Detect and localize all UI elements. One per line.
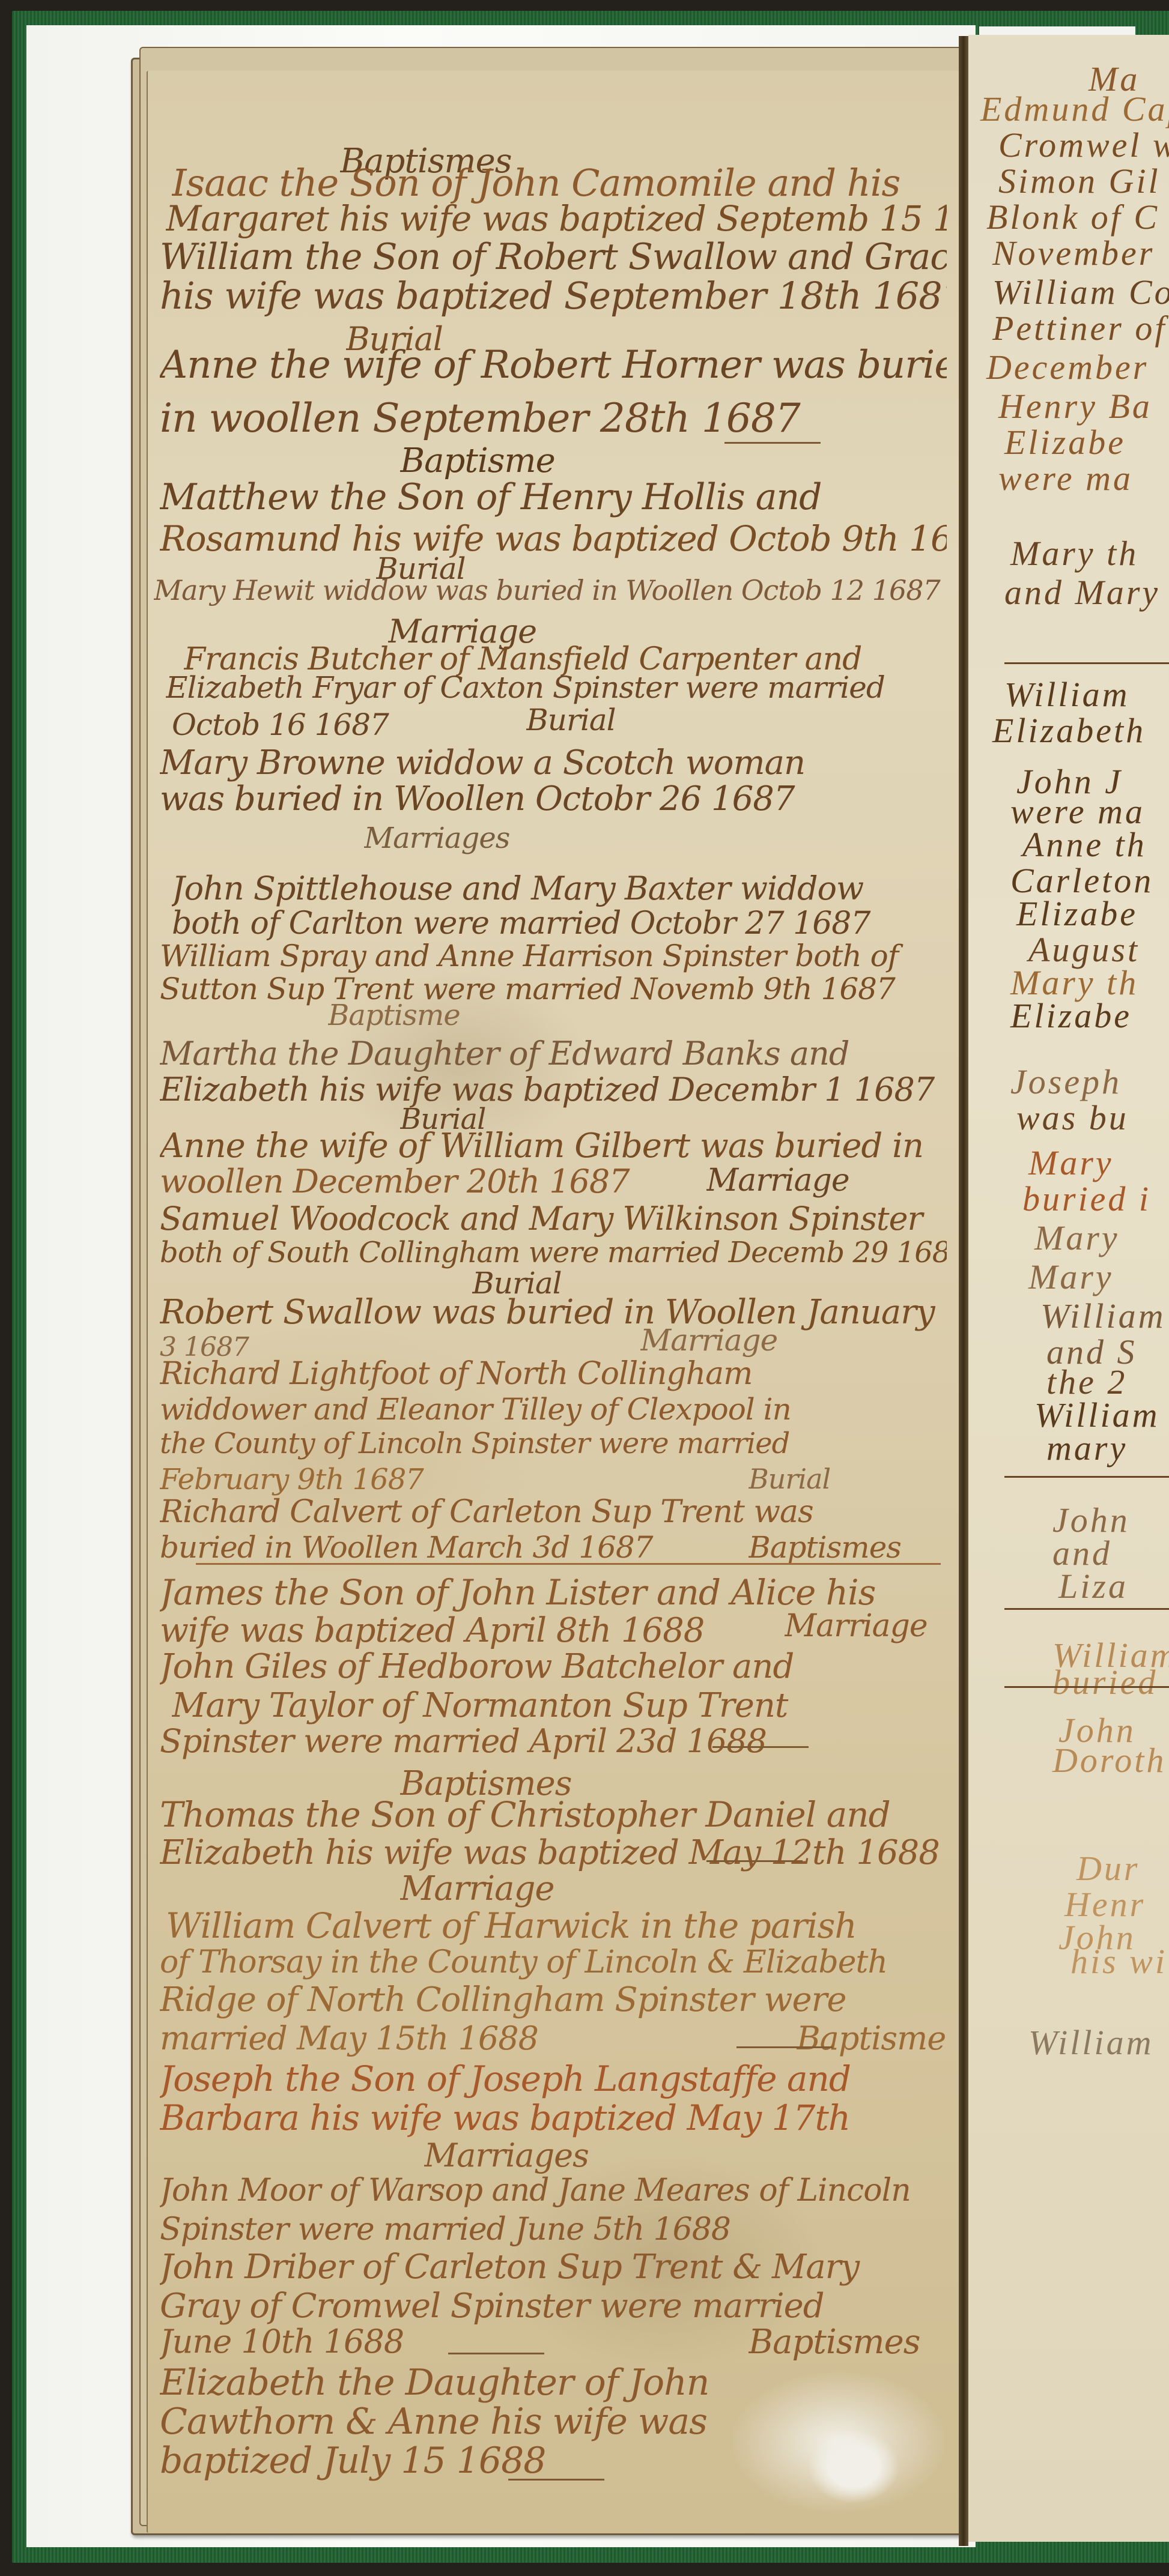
register-entry-line: Matthew the Son of Henry Hollis and — [160, 476, 947, 518]
register-entry-line: mary — [1046, 1428, 1128, 1468]
register-entry-line: Doroth — [1052, 1740, 1166, 1780]
register-entry-line: buried i — [1022, 1179, 1151, 1219]
entry-heading: Marriage — [785, 1608, 947, 1644]
register-entry-line: was bu — [1016, 1098, 1129, 1138]
register-entry-line: Joseph — [1010, 1062, 1122, 1102]
date-underline — [712, 1746, 809, 1748]
register-entry-line: Spinster were married April 23d 1688 — [160, 1722, 947, 1760]
entry-heading: Baptisme — [400, 441, 947, 480]
register-entry-line: Gray of Cromwel Spinster were married — [160, 2287, 947, 2326]
register-entry-line: widdower and Eleanor Tilley of Clexpool … — [160, 1392, 947, 1427]
register-entry-line: November — [992, 233, 1155, 273]
entry-heading: Marriages — [424, 2136, 947, 2174]
register-entry-line: Dur — [1076, 1848, 1140, 1888]
register-entry-line: Edmund Cap — [980, 89, 1169, 129]
section-separator — [1004, 1686, 1169, 1688]
entry-heading: Marriage — [706, 1163, 947, 1199]
register-entry-line: William Coo — [992, 272, 1169, 312]
register-entry-line: Elizabe — [1004, 422, 1126, 462]
register-entry-line: Blonk of C — [986, 197, 1159, 237]
register-entry-line: William — [1004, 674, 1129, 715]
register-entry-line: Martha the Daughter of Edward Banks and — [160, 1035, 947, 1072]
register-entry-line: Mary Hewit widdow was buried in Woollen … — [154, 574, 947, 606]
register-entry-line: Elizabeth Fryar of Caxton Spinster were … — [166, 670, 947, 705]
register-entry-line: John Moor of Warsop and Jane Meares of L… — [160, 2172, 947, 2209]
register-entry-line: in woollen September 28th 1687 — [160, 395, 947, 441]
register-entry-line: Henry Ba — [998, 386, 1152, 426]
date-underline — [448, 2353, 544, 2354]
section-separator — [1004, 1476, 1169, 1478]
register-entry-line: William Spray and Anne Harrison Spinster… — [160, 939, 947, 973]
register-entry-line: Margaret his wife was baptized Septemb 1… — [166, 198, 947, 239]
book-gutter — [959, 36, 968, 2546]
entry-heading: Baptisme — [797, 2019, 947, 2057]
entry-heading: Baptismes — [748, 2323, 947, 2362]
register-entry-line: Anne th — [1022, 824, 1147, 865]
section-separator — [1004, 1608, 1169, 1610]
entry-heading: Baptismes — [748, 1530, 947, 1565]
register-entry-line: buried — [1052, 1662, 1158, 1702]
section-separator — [1004, 662, 1169, 664]
register-entry-line: William the Son of Robert Swallow and Gr… — [160, 236, 947, 278]
register-entry-line: Cromwel we — [998, 125, 1169, 165]
register-entry-line: John Driber of Carleton Sup Trent & Mary — [160, 2248, 947, 2287]
register-entry-line: his wi — [1070, 1941, 1167, 1982]
register-entry-line: John Spittlehouse and Mary Baxter widdow — [172, 869, 947, 907]
register-entry-line: Richard Calvert of Carleton Sup Trent wa… — [160, 1494, 947, 1530]
register-entry-line: William Calvert of Harwick in the parish — [166, 1905, 947, 1946]
entry-heading: Burial — [748, 1463, 947, 1495]
register-entry-line: were ma — [998, 458, 1133, 498]
register-entry-line: Elizabeth — [992, 710, 1146, 751]
register-entry-line: Thomas the Son of Christopher Daniel and — [160, 1794, 947, 1835]
section-separator — [196, 1563, 941, 1565]
register-entry-line: Simon Gil — [998, 161, 1161, 201]
entry-heading: Marriage — [400, 1869, 947, 1908]
right-register-page: MaEdmund CapCromwel weSimon GilBlonk of … — [968, 35, 1169, 2542]
register-entry-line: Spinster were married June 5th 1688 — [160, 2212, 947, 2248]
entry-heading: Baptisme — [328, 999, 947, 1032]
date-underline — [706, 1860, 803, 1862]
register-entry-line: Mary Taylor of Normanton Sup Trent — [172, 1686, 947, 1725]
entry-heading: Marriages — [364, 821, 947, 855]
register-entry-line: Mary — [1028, 1143, 1114, 1183]
date-underline — [736, 2046, 833, 2048]
register-entry-line: Anne the wife of Robert Horner was burie… — [160, 343, 947, 387]
register-entry-line: Samuel Woodcock and Mary Wilkinson Spins… — [160, 1200, 947, 1238]
date-underline — [724, 442, 821, 444]
register-entry-line: Elizabe — [1010, 996, 1132, 1036]
register-entry-line: Elizabe — [1016, 893, 1138, 934]
register-entry-line: Joseph the Son of Joseph Langstaffe and — [160, 2058, 947, 2099]
register-entry-line: Mary — [1028, 1257, 1114, 1297]
register-entry-line: Mary — [1034, 1218, 1120, 1258]
register-entry-line: Mary Browne widdow a Scotch woman — [160, 743, 947, 782]
register-entry-line: the County of Lincoln Spinster were marr… — [160, 1427, 947, 1460]
register-entry-line: Ridge of North Collingham Spinster were — [160, 1980, 947, 2019]
register-entry-line: both of South Collingham were married De… — [160, 1236, 947, 1269]
register-entry-line: baptized July 15 1688 — [160, 2440, 947, 2482]
register-entry-line: Barbara his wife was baptized May 17th — [160, 2097, 947, 2138]
register-entry-line: John Giles of Hedborow Batchelor and — [160, 1647, 947, 1686]
register-entry-line: Liza — [1058, 1566, 1128, 1606]
register-entry-line: Elizabeth his wife was baptized May 12th… — [160, 1833, 947, 1872]
register-entry-line: both of Carlton were married Octobr 27 1… — [172, 906, 947, 942]
register-entry-line: James the Son of John Lister and Alice h… — [160, 1572, 947, 1613]
register-entry-line: December — [986, 347, 1149, 387]
register-entry-line: William — [1028, 2022, 1153, 2063]
register-entry-line: William — [1040, 1296, 1165, 1336]
register-entry-line: Elizabeth the Daughter of John — [160, 2362, 947, 2404]
date-underline — [508, 2479, 604, 2481]
register-entry-line: his wife was baptized September 18th 168… — [160, 274, 947, 318]
register-entry-line: Mary th — [1010, 533, 1138, 573]
register-entry-line: Anne the wife of William Gilbert was bur… — [160, 1126, 947, 1166]
register-entry-line: and Mary — [1004, 572, 1160, 612]
register-entry-line: Richard Lightfoot of North Collingham — [160, 1356, 947, 1392]
register-entry-line: Pettiner of — [992, 308, 1167, 348]
entry-heading: Marriage — [640, 1323, 947, 1358]
entry-heading: Burial — [526, 703, 947, 737]
left-register-page: BaptismesIsaac the Son of John Camomile … — [147, 71, 960, 2533]
register-entry-line: of Thorsay in the County of Lincoln & El… — [160, 1944, 947, 1980]
register-entry-line: Cawthorn & Anne his wife was — [160, 2401, 947, 2443]
register-entry-line: was buried in Woollen Octobr 26 1687 — [160, 779, 947, 818]
